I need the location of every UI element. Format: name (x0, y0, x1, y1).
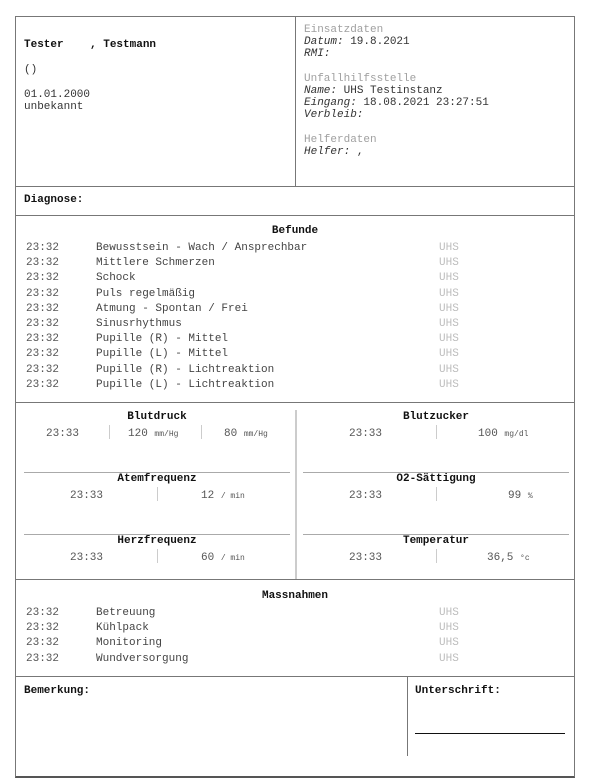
protocol-page: Tester , Testmann () 01.01.2000 unbekann… (15, 16, 575, 778)
helfer-heading: Helferdaten (304, 134, 574, 146)
vitals-section: Blutdruck 23:33 120 mm/Hg 80 mm/Hg Blutz… (16, 402, 574, 580)
entry-source: UHS (439, 606, 459, 621)
entry-source: UHS (439, 636, 459, 651)
entry-description: Mittlere Schmerzen (96, 256, 215, 271)
vital-title: O2-Sättigung (303, 473, 569, 485)
entry-time: 23:32 (26, 287, 59, 302)
entry-description: Pupille (L) - Mittel (96, 347, 228, 362)
entry-source: UHS (439, 317, 459, 332)
vital-value-diastolic: 80 mm/Hg (224, 427, 268, 441)
entry-time: 23:32 (26, 636, 59, 651)
diagnose-label: Diagnose: (24, 194, 83, 206)
vital-herzfrequenz: Herzfrequenz 23:33 60 / min (24, 526, 290, 576)
footer-divider (407, 676, 408, 756)
vital-value-systolic: 120 mm/Hg (128, 427, 178, 441)
helfer-field: Helfer: , (304, 146, 574, 158)
signature-line (415, 733, 565, 734)
entry-source: UHS (439, 271, 459, 286)
entry-description: Wundversorgung (96, 652, 188, 667)
entry-description: Schock (96, 271, 136, 286)
list-item: 23:32Pupille (L) - LichtreaktionUHS (26, 378, 566, 393)
vital-blutdruck: Blutdruck 23:33 120 mm/Hg 80 mm/Hg (24, 402, 290, 452)
vital-title: Blutdruck (24, 411, 290, 423)
verbleib-field: Verbleib: (304, 109, 574, 121)
vital-value: 60 / min (201, 551, 245, 565)
list-item: 23:32Pupille (R) - MittelUHS (26, 332, 566, 347)
entry-time: 23:32 (26, 652, 59, 667)
list-item: 23:32SchockUHS (26, 271, 566, 286)
vital-title: Temperatur (303, 535, 569, 547)
patient-parens: () (24, 64, 37, 76)
entry-description: Atmung - Spontan / Frei (96, 302, 248, 317)
entry-source: UHS (439, 621, 459, 636)
entry-description: Pupille (R) - Lichtreaktion (96, 363, 274, 378)
vital-value: 36,5 °c (487, 551, 530, 565)
uhs-heading: Unfallhilfsstelle (304, 73, 574, 85)
entry-source: UHS (439, 332, 459, 347)
entry-time: 23:32 (26, 347, 59, 362)
mission-info: Einsatzdaten Datum: 19.8.2021 RMI: Unfal… (304, 24, 574, 158)
list-item: 23:32Puls regelmäßigUHS (26, 287, 566, 302)
eingang-field: Eingang: 18.08.2021 23:27:51 (304, 97, 574, 109)
entry-time: 23:32 (26, 302, 59, 317)
list-item: 23:32BetreuungUHS (26, 606, 566, 621)
vital-blutzucker: Blutzucker 23:33 100 mg/dl (303, 402, 569, 452)
entry-source: UHS (439, 287, 459, 302)
massnahmen-section: Massnahmen 23:32BetreuungUHS23:32Kühlpac… (16, 579, 574, 677)
list-item: 23:32Pupille (R) - LichtreaktionUHS (26, 363, 566, 378)
entry-source: UHS (439, 347, 459, 362)
entry-time: 23:32 (26, 256, 59, 271)
vital-o2-saettigung: O2-Sättigung 23:33 99 % (303, 464, 569, 514)
vital-time: 23:33 (349, 489, 382, 503)
bemerkung-label: Bemerkung: (24, 685, 90, 697)
entry-time: 23:32 (26, 332, 59, 347)
list-item: 23:32SinusrhythmusUHS (26, 317, 566, 332)
entry-time: 23:32 (26, 317, 59, 332)
list-item: 23:32Mittlere SchmerzenUHS (26, 256, 566, 271)
entry-description: Monitoring (96, 636, 162, 651)
entry-description: Sinusrhythmus (96, 317, 182, 332)
unterschrift-label: Unterschrift: (415, 685, 501, 697)
entry-description: Bewusstsein - Wach / Ansprechbar (96, 241, 307, 256)
vital-time: 23:33 (70, 551, 103, 565)
vital-value: 100 mg/dl (478, 427, 528, 441)
uhs-name-field: Name: UHS Testinstanz (304, 85, 574, 97)
list-item: 23:32MonitoringUHS (26, 636, 566, 651)
patient-status: unbekannt (24, 101, 83, 113)
entry-time: 23:32 (26, 621, 59, 636)
entry-source: UHS (439, 256, 459, 271)
list-item: 23:32Pupille (L) - MittelUHS (26, 347, 566, 362)
entry-time: 23:32 (26, 363, 59, 378)
vital-temperatur: Temperatur 23:33 36,5 °c (303, 526, 569, 576)
entry-description: Pupille (R) - Mittel (96, 332, 228, 347)
entry-time: 23:32 (26, 241, 59, 256)
entry-description: Kühlpack (96, 621, 149, 636)
entry-source: UHS (439, 652, 459, 667)
entry-description: Betreuung (96, 606, 155, 621)
entry-source: UHS (439, 241, 459, 256)
befunde-title: Befunde (16, 225, 574, 237)
patient-last-name: Tester (24, 39, 64, 51)
vital-time: 23:33 (349, 427, 382, 441)
befunde-section: Befunde 23:32Bewusstsein - Wach / Anspre… (16, 215, 574, 403)
vital-time: 23:33 (46, 427, 79, 441)
entry-time: 23:32 (26, 606, 59, 621)
list-item: 23:32KühlpackUHS (26, 621, 566, 636)
entry-source: UHS (439, 378, 459, 393)
rmi-field: RMI: (304, 48, 574, 60)
entry-time: 23:32 (26, 378, 59, 393)
list-item: 23:32Atmung - Spontan / FreiUHS (26, 302, 566, 317)
diagnose-section: Diagnose: (16, 186, 574, 216)
vital-value: 99 % (508, 489, 533, 503)
entry-source: UHS (439, 363, 459, 378)
einsatz-heading: Einsatzdaten (304, 24, 574, 36)
list-item: 23:32Bewusstsein - Wach / AnsprechbarUHS (26, 241, 566, 256)
vital-title: Blutzucker (303, 411, 569, 423)
patient-name: Tester , Testmann (24, 39, 156, 51)
patient-info: Tester , Testmann () 01.01.2000 unbekann… (16, 17, 296, 186)
datum-field: Datum: 19.8.2021 (304, 36, 574, 48)
entry-source: UHS (439, 302, 459, 317)
entry-time: 23:32 (26, 271, 59, 286)
entry-description: Puls regelmäßig (96, 287, 195, 302)
vital-atemfrequenz: Atemfrequenz 23:33 12 / min (24, 464, 290, 514)
header-section: Tester , Testmann () 01.01.2000 unbekann… (16, 17, 574, 187)
vital-title: Herzfrequenz (24, 535, 290, 547)
list-item: 23:32WundversorgungUHS (26, 652, 566, 667)
vital-title: Atemfrequenz (24, 473, 290, 485)
vital-time: 23:33 (70, 489, 103, 503)
vital-time: 23:33 (349, 551, 382, 565)
footer-section: Bemerkung: Unterschrift: (16, 676, 574, 776)
patient-birthdate: 01.01.2000 (24, 89, 90, 101)
patient-first-name: Testmann (103, 39, 156, 51)
entry-description: Pupille (L) - Lichtreaktion (96, 378, 274, 393)
name-separator: , (90, 39, 103, 51)
massnahmen-title: Massnahmen (16, 590, 574, 602)
vitals-divider (295, 410, 297, 579)
vital-value: 12 / min (201, 489, 245, 503)
